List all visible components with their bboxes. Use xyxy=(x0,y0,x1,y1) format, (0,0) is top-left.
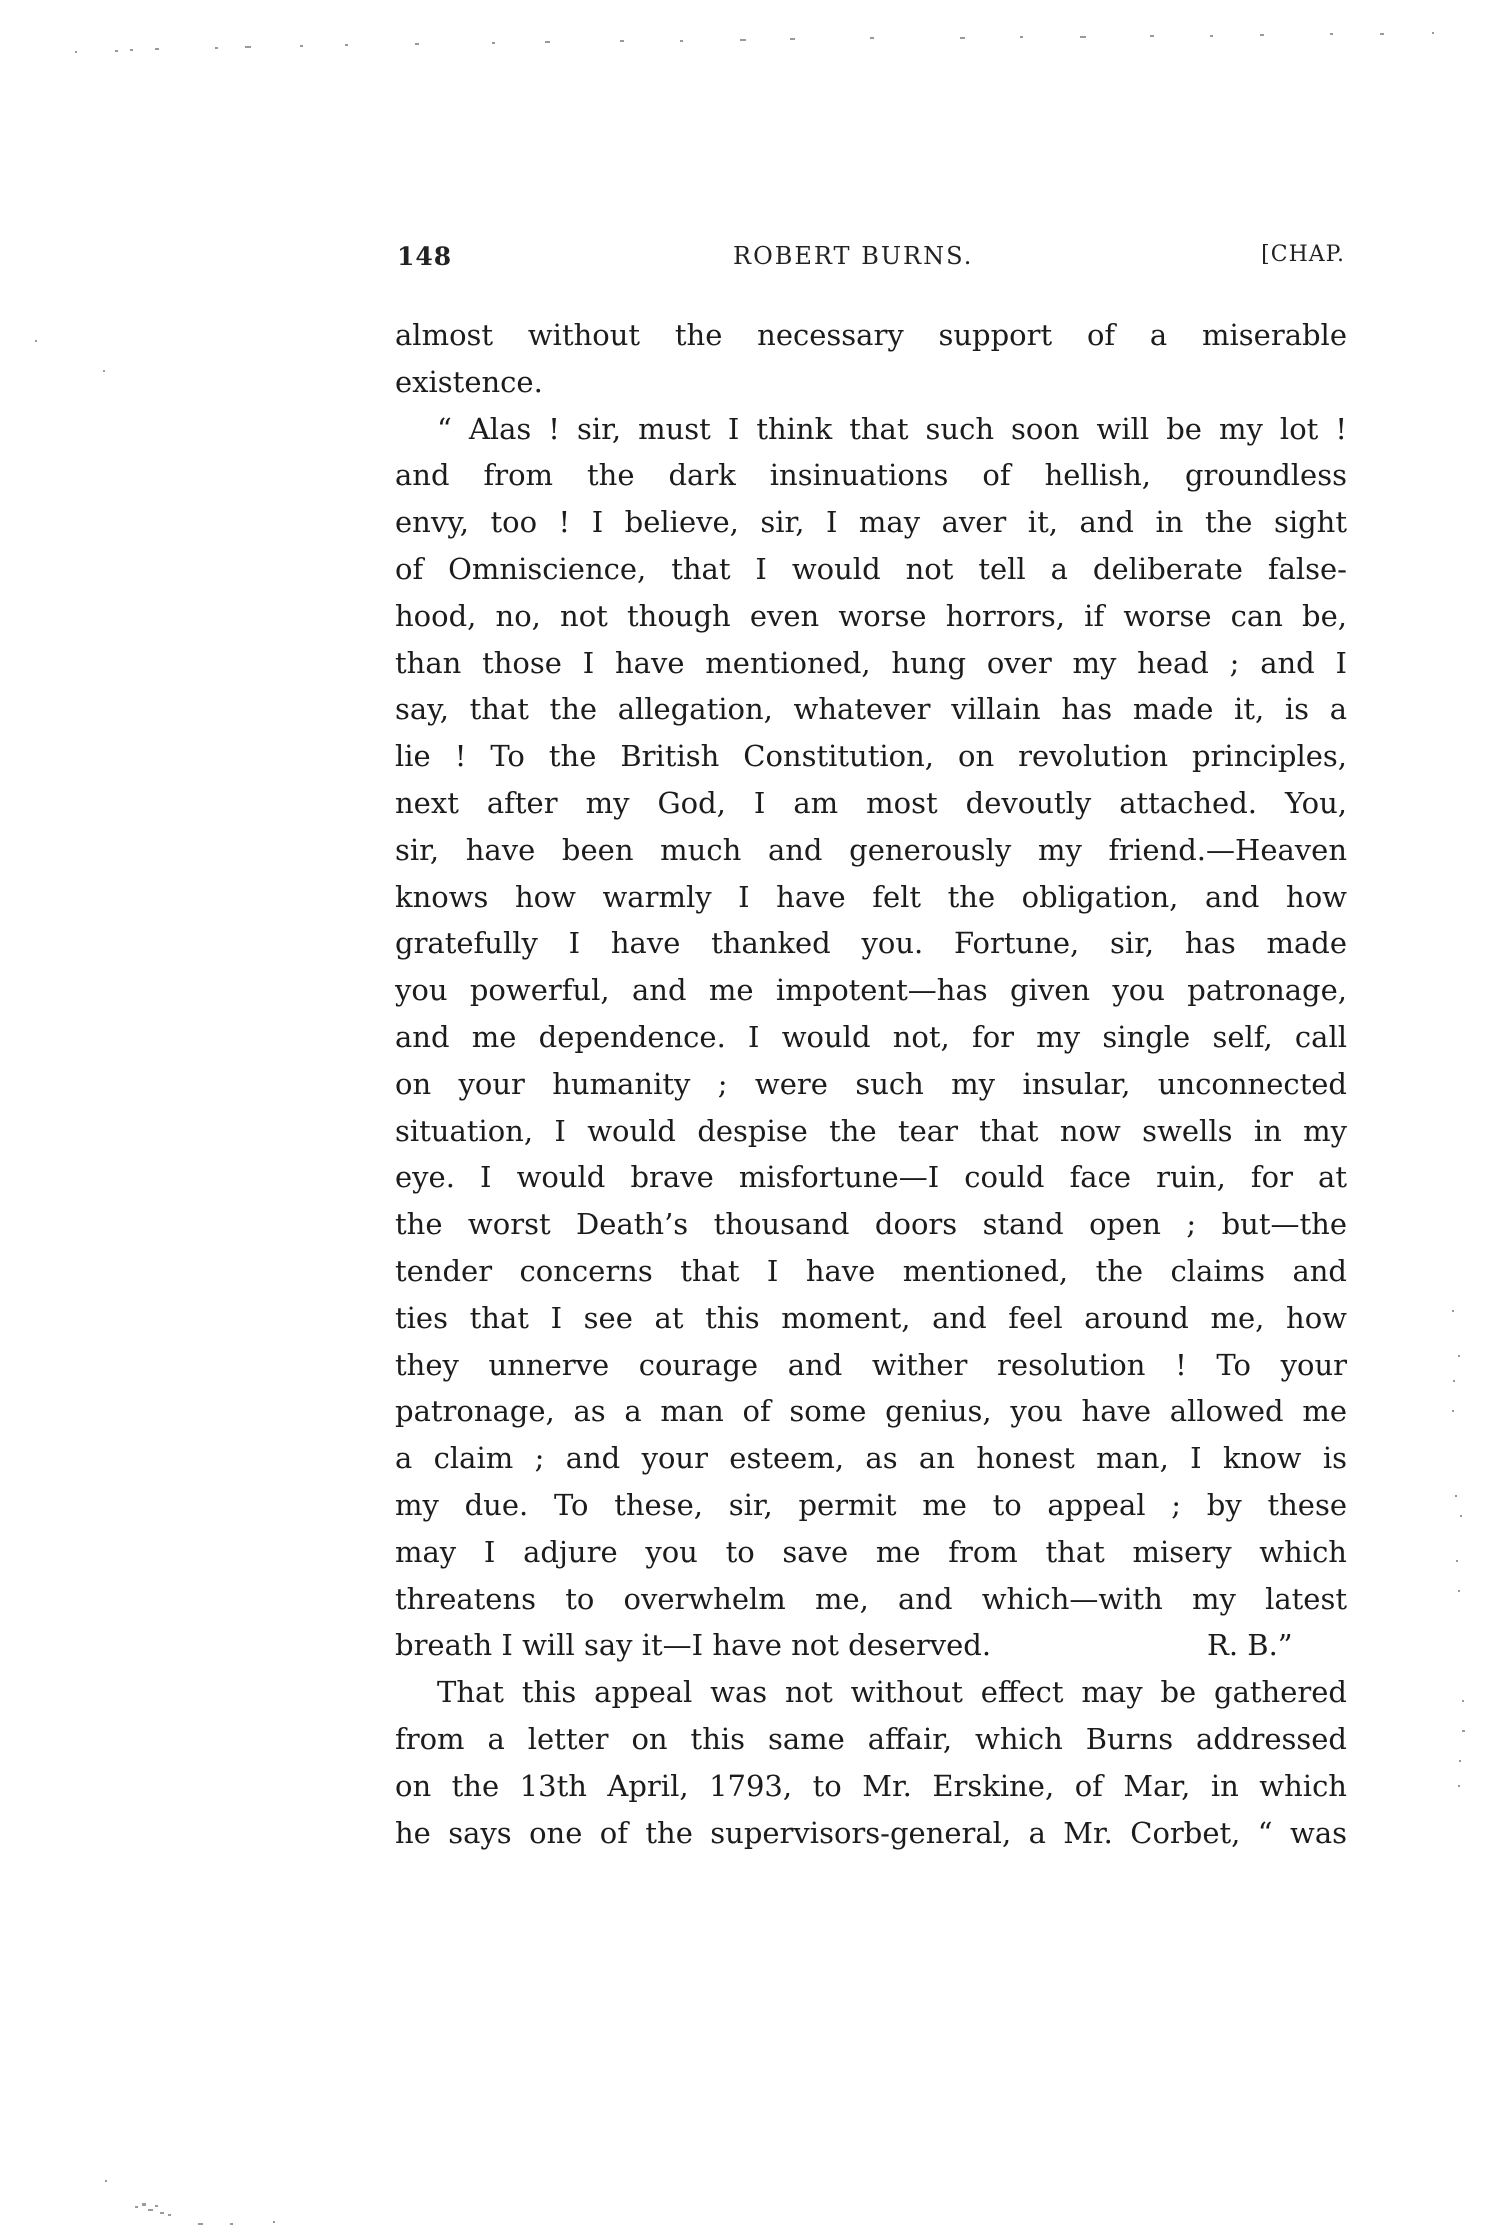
text-line: my due. To these, sir, permit me to appe… xyxy=(395,1482,1347,1529)
text-line: patronage, as a man of some genius, you … xyxy=(395,1388,1347,1435)
text-line: “ Alas ! sir, must I think that such soo… xyxy=(395,406,1347,453)
text-line: eye. I would brave misfortune—I could fa… xyxy=(395,1154,1347,1201)
text-line: a claim ; and your esteem, as an honest … xyxy=(395,1435,1347,1482)
text-line: may I adjure you to save me from that mi… xyxy=(395,1529,1347,1576)
text-line: situation, I would despise the tear that… xyxy=(395,1108,1347,1155)
text-line: existence. xyxy=(395,359,1347,406)
text-line: knows how warmly I have felt the obligat… xyxy=(395,874,1347,921)
text-line: envy, too ! I believe, sir, I may aver i… xyxy=(395,499,1347,546)
text-line: from a letter on this same affair, which… xyxy=(395,1716,1347,1763)
running-head: 148 ROBERT BURNS. [CHAP. xyxy=(395,240,1345,276)
text-line: on your humanity ; were such my insular,… xyxy=(395,1061,1347,1108)
text-line: and me dependence. I would not, for my s… xyxy=(395,1014,1347,1061)
text-line: That this appeal was not without effect … xyxy=(395,1669,1347,1716)
body-text: almost without the necessary support of … xyxy=(395,312,1347,1856)
text-line: hood, no, not though even worse horrors,… xyxy=(395,593,1347,640)
text-line: they unnerve courage and wither resoluti… xyxy=(395,1342,1347,1389)
signature: R. B.” xyxy=(1207,1622,1293,1669)
text-line: the worst Death’s thousand doors stand o… xyxy=(395,1201,1347,1248)
text-line-signed: breath I will say it—I have not deserved… xyxy=(395,1622,1347,1669)
text-line: tender concerns that I have mentioned, t… xyxy=(395,1248,1347,1295)
text-line: and from the dark insinuations of hellis… xyxy=(395,452,1347,499)
text-line: on the 13th April, 1793, to Mr. Erskine,… xyxy=(395,1763,1347,1810)
text-line: of Omniscience, that I would not tell a … xyxy=(395,546,1347,593)
text-line: almost without the necessary support of … xyxy=(395,312,1347,359)
text-line: threatens to overwhelm me, and which—wit… xyxy=(395,1576,1347,1623)
text-line: breath I will say it—I have not deserved… xyxy=(395,1628,991,1662)
running-title: ROBERT BURNS. xyxy=(733,242,973,270)
chapter-marker: [CHAP. xyxy=(1261,242,1345,267)
text-line: gratefully I have thanked you. Fortune, … xyxy=(395,920,1347,967)
page-number: 148 xyxy=(397,242,452,271)
text-line: say, that the allegation, whatever villa… xyxy=(395,686,1347,733)
text-line: he says one of the supervisors-general, … xyxy=(395,1810,1347,1857)
text-line: next after my God, I am most devoutly at… xyxy=(395,780,1347,827)
text-line: than those I have mentioned, hung over m… xyxy=(395,640,1347,687)
text-line: lie ! To the British Constitution, on re… xyxy=(395,733,1347,780)
text-line: sir, have been much and generously my fr… xyxy=(395,827,1347,874)
text-line: you powerful, and me impotent—has given … xyxy=(395,967,1347,1014)
text-line: ties that I see at this moment, and feel… xyxy=(395,1295,1347,1342)
